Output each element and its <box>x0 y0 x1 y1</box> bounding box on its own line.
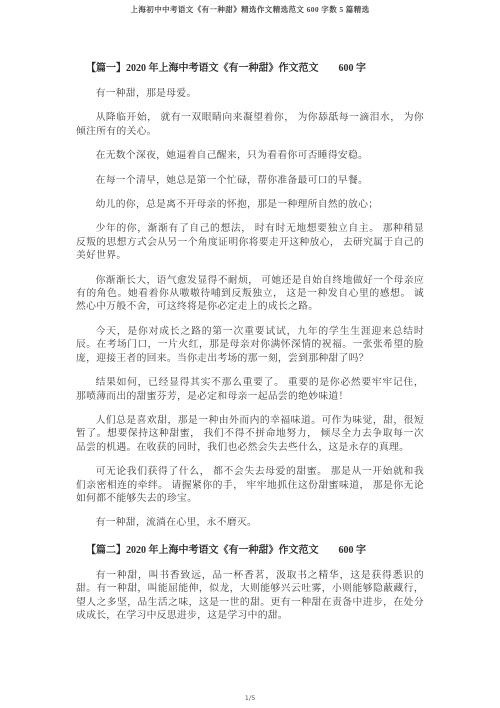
essay1-paragraph-7: 你渐渐长大，语气愈发显得不耐烦， 可她还是自始自终地做好一个母亲应有的角色。她看… <box>76 274 424 314</box>
essay2-paragraph-1: 有一种甜，叫书香致远，品一杯香茗，汲取书之精华，这是获得悉识的甜。有一种甜，叫能… <box>76 569 424 623</box>
essay1-paragraph-6: 少年的你，渐渐有了自己的想法， 时有时无地想要独立自主。 那种稍显反叛的思想方式… <box>76 222 424 262</box>
page-number: 1/5 <box>0 694 500 702</box>
essay1-paragraph-1: 有一种甜，那是母爱。 <box>76 87 424 100</box>
document-header-title: 上海初中中考语文《有一种甜》精选作文精选范文 600 字数 5 篇精选 <box>0 4 500 15</box>
essay1-paragraph-12: 有一种甜，流淌在心里，永不磨灭。 <box>76 516 424 529</box>
essay1-heading: 【篇一】2020 年上海中考语文《有一种甜》作文范文 600 字 <box>76 59 424 74</box>
essay2-heading: 【篇二】2020 年上海中考语文《有一种甜》作文范文 600 字 <box>76 541 424 556</box>
document-page: 上海初中中考语文《有一种甜》精选作文精选范文 600 字数 5 篇精选 【篇一】… <box>0 0 500 708</box>
essay1-paragraph-8: 今天，是你对成长之路的第一次重要试试，九年的学生生涯迎来总结时辰。在考场门口，一… <box>76 325 424 365</box>
essay1-paragraph-10: 人们总是喜欢甜，那是一种由外而内的幸福味道。可作为味觉，甜，很短暂了。想要保持这… <box>76 414 424 454</box>
essay1-paragraph-11: 可无论我们获得了什么， 都不会失去母爱的甜蜜。 那是从一开始就和我们亲密相连的牵… <box>76 465 424 505</box>
essay1-paragraph-3: 在无数个深夜，她逼着自己醒来，只为看看你可否睡得安稳。 <box>76 149 424 162</box>
essay1-paragraph-2: 从降临开始， 就有一双眼睛向来凝望着你， 为你舔舐每一滴泪水， 为你倾注所有的关… <box>76 111 424 138</box>
essay1-paragraph-9: 结果如何，已经显得其实不那么重要了。 重要的是你必然要牢牢记住， 那喷薄而出的甜… <box>76 376 424 403</box>
essay1-paragraph-5: 幼儿的你，总是离不开母亲的怀抱，那是一种理所自然的放心； <box>76 198 424 211</box>
essay1-paragraph-4: 在每一个清早，她总是第一个忙碌，帮你准备最可口的早餐。 <box>76 174 424 187</box>
document-body: 【篇一】2020 年上海中考语文《有一种甜》作文范文 600 字 有一种甜，那是… <box>76 59 424 633</box>
